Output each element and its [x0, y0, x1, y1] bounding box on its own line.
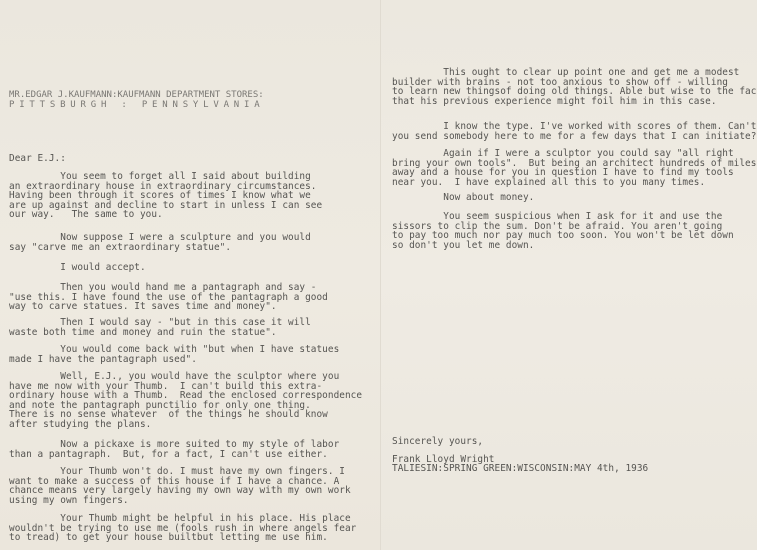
paragraph: Your Thumb might be helpful in his place…	[9, 514, 356, 543]
paragraph: You seem to forget all I said about buil…	[9, 172, 322, 220]
paragraph: You would come back with "but when I hav…	[9, 345, 339, 364]
letter-page-left: MR.EDGAR J.KAUFMANN:KAUFMANN DEPARTMENT …	[0, 0, 380, 550]
paragraph: You seem suspicious when I ask for it an…	[392, 212, 734, 250]
paragraph: I would accept.	[9, 263, 146, 273]
letter-page-right: This ought to clear up point one and get…	[381, 0, 757, 550]
paragraph: Again if I were a sculptor you could say…	[392, 149, 756, 187]
paragraph: Well, E.J., you would have the sculptor …	[9, 372, 362, 430]
paragraph: Now a pickaxe is more suited to my style…	[9, 440, 339, 459]
place-and-date: TALIESIN:SPRING GREEN:WISCONSIN:MAY 4th,…	[392, 464, 648, 474]
paragraph: Your Thumb won't do. I must have my own …	[9, 467, 351, 505]
paragraph: Then I would say - "but in this case it …	[9, 318, 311, 337]
paragraph: I know the type. I've worked with scores…	[392, 122, 756, 141]
salutation: Dear E.J.:	[9, 154, 66, 164]
paragraph: Then you would hand me a pantagraph and …	[9, 283, 328, 312]
closing: Sincerely yours,	[392, 437, 483, 447]
recipient-address-line-2: PITTSBURGH : PENNSYLVANIA	[9, 101, 264, 111]
paragraph: Now about money.	[392, 193, 534, 203]
paragraph: Now suppose I were a sculpture and you w…	[9, 233, 311, 252]
paragraph: This ought to clear up point one and get…	[392, 68, 757, 106]
